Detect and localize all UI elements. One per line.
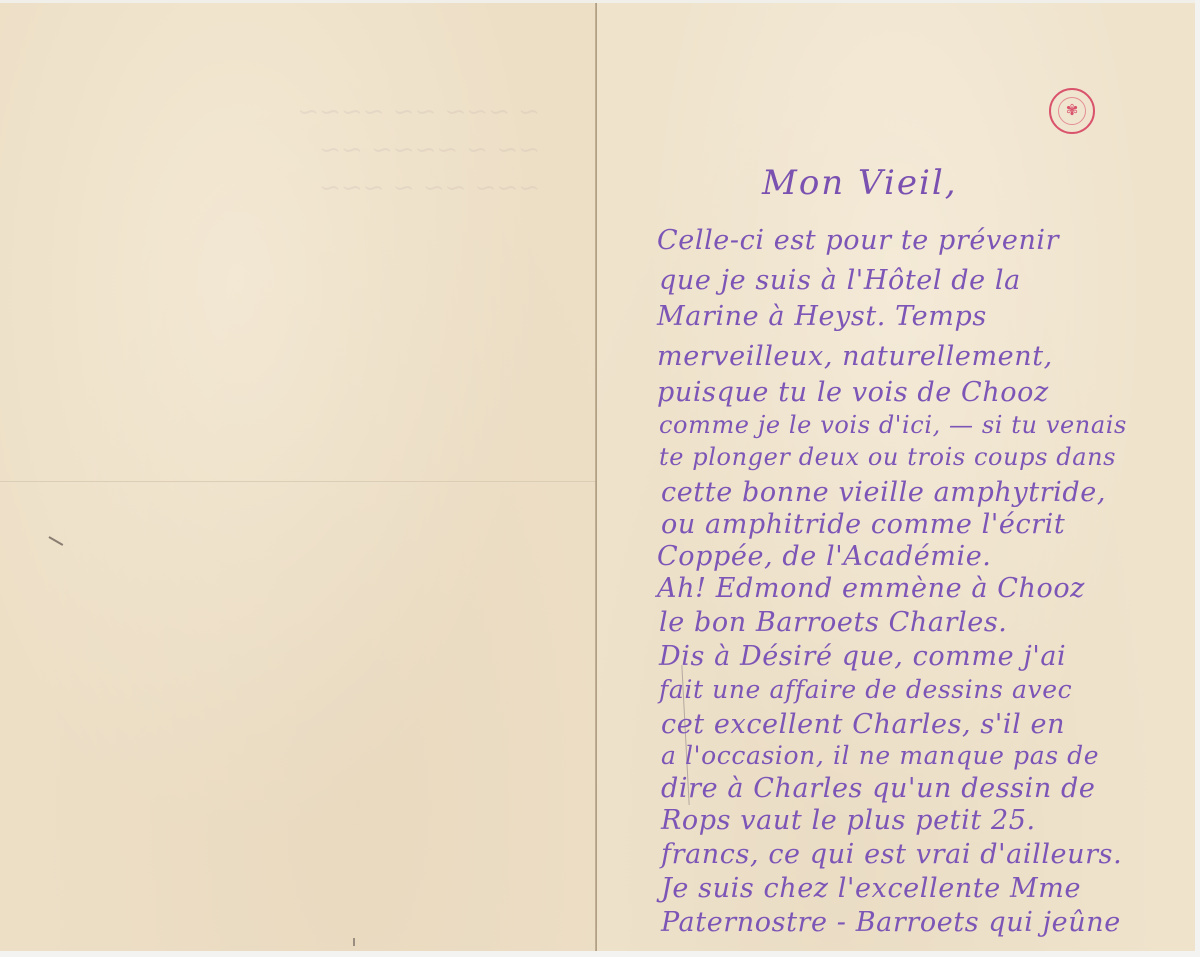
letter-line: fait une affaire de dessins avec [659, 675, 1072, 704]
letter-line: que je suis à l'Hôtel de la [659, 265, 1021, 296]
letter-text: Mon Vieil, Celle-ci est pour te prévenir… [597, 3, 1195, 951]
salutation: Mon Vieil, [762, 163, 958, 203]
scan-border-right [1195, 0, 1200, 957]
letter-line: ou amphitride comme l'écrit [661, 509, 1065, 540]
letter-line: te plonger deux ou trois coups dans [659, 443, 1116, 471]
letter-line: Coppée, de l'Académie. [657, 541, 991, 572]
letter-scan: ~ ~~~ ~~ ~~~~ ~~ ~ ~~~~ ~~ ~~~ ~~ ~ ~~~ … [0, 0, 1200, 957]
letter-line: le bon Barroets Charles. [659, 607, 1008, 638]
letter-line: Paternostre - Barroets qui jeûne [661, 907, 1121, 938]
pencil-mark [49, 536, 64, 545]
letter-line: Rops vaut le plus petit 25. [661, 805, 1036, 836]
letter-line: cet excellent Charles, s'il en [661, 709, 1065, 740]
letter-line: Ah! Edmond emmène à Chooz [657, 573, 1085, 604]
left-page: ~ ~~~ ~~ ~~~~ ~~ ~ ~~~~ ~~ ~~~ ~~ ~ ~~~ [0, 3, 597, 951]
letter-line: Celle-ci est pour te prévenir [657, 225, 1059, 256]
pencil-tick [353, 938, 355, 946]
letter-line: a l'occasion, il ne manque pas de [661, 741, 1099, 770]
letter-line: Je suis chez l'excellente Mme [661, 873, 1081, 904]
horizontal-fold-left [0, 481, 597, 483]
letter-line: francs, ce qui est vrai d'ailleurs. [661, 839, 1122, 870]
letter-line: merveilleux, naturellement, [657, 341, 1053, 372]
letter-line: Marine à Heyst. Temps [657, 301, 987, 332]
letter-line: dire à Charles qu'un dessin de [661, 773, 1095, 804]
scan-border-bottom [0, 951, 1200, 957]
letter-line: puisque tu le vois de Chooz [657, 377, 1049, 408]
ink-show-through: ~ ~~~ ~~ ~~~~ ~~ ~ ~~~~ ~~ ~~~ ~~ ~ ~~~ [60, 93, 540, 873]
letter-line: comme je le vois d'ici, — si tu venais [659, 411, 1127, 439]
letter-line: cette bonne vieille amphytride, [661, 477, 1106, 508]
letter-line: Dis à Désiré que, comme j'ai [659, 641, 1066, 672]
